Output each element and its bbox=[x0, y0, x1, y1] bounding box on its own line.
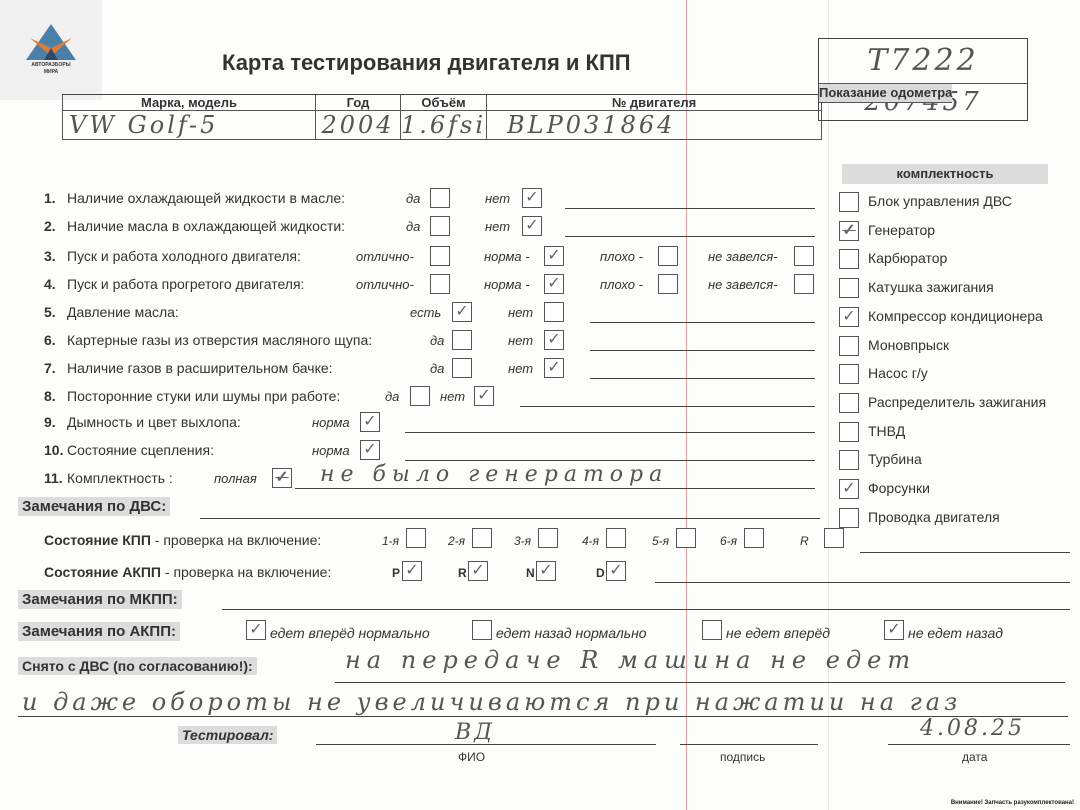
komplektnost-item-label: Карбюратор bbox=[868, 250, 947, 266]
question-note-value[interactable]: не было генератора bbox=[320, 462, 668, 487]
kpp-gear-checkbox[interactable] bbox=[824, 528, 844, 548]
removed-line1-field[interactable] bbox=[335, 682, 1065, 683]
question-text: Давление масла: bbox=[67, 304, 179, 320]
question-text: Наличие охлаждающей жидкости в масле: bbox=[67, 190, 345, 206]
col-header-volume: Объём bbox=[401, 95, 487, 111]
question-notes-field[interactable] bbox=[405, 432, 815, 433]
akpp-position-label: P bbox=[392, 566, 400, 580]
kpp-gear-checkbox[interactable] bbox=[744, 528, 764, 548]
removed-line1-value[interactable]: на передаче R машина не едет bbox=[345, 646, 916, 674]
question-notes-field[interactable] bbox=[565, 236, 815, 237]
question-option-label: норма bbox=[312, 415, 350, 430]
akpp-remark-checkbox[interactable] bbox=[702, 620, 722, 640]
kpp-gear-label: 3-я bbox=[514, 534, 531, 548]
komplektnost-item-label: Распределитель зажигания bbox=[868, 394, 1046, 410]
question-notes-field[interactable] bbox=[295, 488, 815, 489]
logo-text-line1: АВТОРАЗБОРЫ bbox=[0, 62, 102, 68]
question-option-checkbox[interactable] bbox=[658, 246, 678, 266]
logo-triangle-icon bbox=[26, 24, 76, 60]
question-option-checkbox[interactable] bbox=[794, 246, 814, 266]
col-header-engine-number: № двигателя bbox=[487, 95, 822, 111]
question-option-checkbox[interactable]: ✓ bbox=[272, 468, 292, 488]
question-option-checkbox[interactable] bbox=[544, 302, 564, 322]
remarks-dvs-label: Замечания по ДВС: bbox=[18, 497, 170, 516]
question-option-checkbox[interactable]: ✓ bbox=[522, 188, 542, 208]
question-option-checkbox[interactable] bbox=[452, 330, 472, 350]
question-notes-field[interactable] bbox=[590, 350, 815, 351]
komplektnost-checkbox[interactable]: ✓ bbox=[839, 221, 859, 241]
remarks-mkpp-field[interactable] bbox=[222, 609, 1070, 610]
question-text: Комплектность : bbox=[67, 470, 173, 486]
tested-label: Тестировал: bbox=[178, 726, 277, 744]
question-option-checkbox[interactable]: ✓ bbox=[544, 330, 564, 350]
date-field[interactable] bbox=[888, 744, 1070, 745]
kpp-label-rest: - проверка на включение: bbox=[151, 532, 321, 548]
question-option-checkbox[interactable] bbox=[430, 188, 450, 208]
kpp-label: Состояние КПП - проверка на включение: bbox=[44, 532, 321, 548]
komplektnost-checkbox[interactable] bbox=[839, 393, 859, 413]
question-option-label: да bbox=[430, 333, 444, 348]
komplektnost-checkbox[interactable] bbox=[839, 422, 859, 442]
komplektnost-checkbox[interactable] bbox=[839, 450, 859, 470]
akpp-position-checkbox[interactable]: ✓ bbox=[606, 561, 626, 581]
question-option-label: отлично- bbox=[356, 249, 414, 264]
question-number: 8. bbox=[44, 388, 56, 404]
question-option-label: нет bbox=[508, 305, 533, 320]
question-option-checkbox[interactable] bbox=[430, 274, 450, 294]
question-option-label: отлично- bbox=[356, 277, 414, 292]
komplektnost-checkbox[interactable] bbox=[839, 192, 859, 212]
akpp-position-checkbox[interactable]: ✓ bbox=[536, 561, 556, 581]
removed-line2-value[interactable]: и даже обороты не увеличиваются при нажа… bbox=[22, 688, 961, 716]
page-title: Карта тестирования двигателя и КПП bbox=[222, 50, 631, 76]
question-notes-field[interactable] bbox=[405, 460, 815, 461]
akpp-label-rest: - проверка на включение: bbox=[161, 564, 331, 580]
question-notes-field[interactable] bbox=[590, 322, 815, 323]
kpp-gear-label: R bbox=[800, 534, 809, 548]
kpp-notes-field[interactable] bbox=[860, 552, 1070, 553]
question-text: Посторонние стуки или шумы при работе: bbox=[67, 388, 340, 404]
question-text: Пуск и работа холодного двигателя: bbox=[67, 248, 301, 264]
question-option-checkbox[interactable] bbox=[658, 274, 678, 294]
akpp-position-label: R bbox=[458, 566, 467, 580]
remarks-akpp-label: Замечания по АКПП: bbox=[18, 622, 180, 641]
logo-text-line2: МИРА bbox=[0, 69, 102, 75]
logo: АВТОРАЗБОРЫ МИРА bbox=[0, 0, 102, 100]
komplektnost-checkbox[interactable] bbox=[839, 336, 859, 356]
question-number: 7. bbox=[44, 360, 56, 376]
question-option-label: нет bbox=[508, 333, 533, 348]
question-option-label: норма - bbox=[484, 249, 530, 264]
vehicle-info-table: Марка, модель Год Объём № двигателя VW G… bbox=[62, 94, 822, 140]
komplektnost-checkbox[interactable]: ✓ bbox=[839, 307, 859, 327]
question-number: 5. bbox=[44, 304, 56, 320]
date-caption: дата bbox=[962, 750, 987, 764]
question-option-label: полная bbox=[214, 471, 257, 486]
question-option-label: норма bbox=[312, 443, 350, 458]
make-model-value[interactable]: VW Golf-5 bbox=[63, 111, 316, 140]
kpp-gear-checkbox[interactable] bbox=[472, 528, 492, 548]
komplektnost-item-label: Турбина bbox=[868, 451, 922, 467]
akpp-position-checkbox[interactable]: ✓ bbox=[402, 561, 422, 581]
komplektnost-checkbox[interactable]: ✓ bbox=[839, 479, 859, 499]
question-text: Наличие масла в охлаждающей жидкости: bbox=[67, 218, 345, 234]
question-option-checkbox[interactable] bbox=[410, 386, 430, 406]
question-text: Наличие газов в расширительном бачке: bbox=[67, 360, 333, 376]
komplektnost-item-label: ТНВД bbox=[868, 423, 905, 439]
kpp-label-bold: Состояние КПП bbox=[44, 532, 151, 548]
remarks-mkpp-label: Замечания по МКПП: bbox=[18, 590, 182, 609]
col-header-year: Год bbox=[316, 95, 401, 111]
question-option-label: не завелся- bbox=[708, 277, 778, 292]
komplektnost-checkbox[interactable] bbox=[839, 364, 859, 384]
question-text: Пуск и работа прогретого двигателя: bbox=[67, 276, 304, 292]
question-number: 4. bbox=[44, 276, 56, 292]
komplektnost-item-label: Катушка зажигания bbox=[868, 279, 994, 295]
auto-number-value[interactable]: T7222 bbox=[819, 39, 1027, 84]
komplektnost-checkbox[interactable] bbox=[839, 249, 859, 269]
komplektnost-header: комплектность bbox=[842, 164, 1048, 184]
question-number: 10. bbox=[44, 442, 63, 458]
kpp-gear-label: 4-я bbox=[582, 534, 599, 548]
komplektnost-item-label: Компрессор кондиционера bbox=[868, 308, 1043, 324]
volume-value[interactable]: 1.6fsi bbox=[401, 111, 487, 140]
fio-caption: ФИО bbox=[458, 750, 485, 764]
komplektnost-item-label: Моновпрыск bbox=[868, 337, 949, 353]
question-notes-field[interactable] bbox=[590, 378, 815, 379]
removed-label: Снято с ДВС (по согласованию!): bbox=[18, 657, 257, 675]
tested-date-value[interactable]: 4.08.25 bbox=[920, 716, 1025, 741]
remarks-dvs-field[interactable] bbox=[200, 518, 820, 519]
akpp-remark-checkbox[interactable]: ✓ bbox=[884, 620, 904, 640]
komplektnost-checkbox[interactable] bbox=[839, 278, 859, 298]
komplektnost-item-label: Проводка двигателя bbox=[868, 509, 1000, 525]
kpp-gear-label: 5-я bbox=[652, 534, 669, 548]
signature-field[interactable] bbox=[680, 744, 818, 745]
question-option-label: плохо - bbox=[600, 249, 643, 264]
question-option-label: нет bbox=[440, 389, 465, 404]
komplektnost-item-label: Насос г/у bbox=[868, 365, 928, 381]
question-option-label: нет bbox=[508, 361, 533, 376]
question-option-label: не завелся- bbox=[708, 249, 778, 264]
kpp-gear-label: 1-я bbox=[382, 534, 399, 548]
tested-fio-value[interactable]: ВД bbox=[455, 720, 495, 745]
akpp-remark-label: едет вперёд нормально bbox=[270, 625, 430, 641]
auto-number-box: T7222 № авто Показание одометра 207457 bbox=[818, 38, 1028, 121]
question-option-checkbox[interactable]: ✓ bbox=[544, 358, 564, 378]
question-text: Дымность и цвет выхлопа: bbox=[67, 414, 241, 430]
removed-line2-field[interactable] bbox=[18, 716, 1068, 717]
question-notes-field[interactable] bbox=[520, 406, 815, 407]
question-option-checkbox[interactable]: ✓ bbox=[360, 440, 380, 460]
question-option-label: нет bbox=[485, 191, 510, 206]
akpp-remark-checkbox[interactable] bbox=[472, 620, 492, 640]
kpp-gear-label: 2-я bbox=[448, 534, 465, 548]
akpp-position-label: N bbox=[526, 566, 535, 580]
question-number: 1. bbox=[44, 190, 56, 206]
col-header-make-model: Марка, модель bbox=[63, 95, 316, 111]
question-option-label: да bbox=[430, 361, 444, 376]
question-option-checkbox[interactable]: ✓ bbox=[544, 274, 564, 294]
question-option-checkbox[interactable]: ✓ bbox=[474, 386, 494, 406]
kpp-gear-label: 6-я bbox=[720, 534, 737, 548]
akpp-remark-label: не едет вперёд bbox=[726, 625, 830, 641]
question-option-checkbox[interactable] bbox=[452, 358, 472, 378]
akpp-position-checkbox[interactable]: ✓ bbox=[468, 561, 488, 581]
kpp-gear-checkbox[interactable] bbox=[606, 528, 626, 548]
question-number: 11. bbox=[44, 470, 63, 486]
question-option-label: есть bbox=[410, 305, 441, 320]
fio-field[interactable] bbox=[316, 744, 656, 745]
question-option-checkbox[interactable]: ✓ bbox=[452, 302, 472, 322]
question-option-checkbox[interactable] bbox=[430, 246, 450, 266]
komplektnost-item-label: Блок управления ДВС bbox=[868, 193, 1012, 209]
akpp-label: Состояние АКПП - проверка на включение: bbox=[44, 564, 331, 580]
question-number: 9. bbox=[44, 414, 56, 430]
question-number: 2. bbox=[44, 218, 56, 234]
akpp-position-label: D bbox=[596, 566, 605, 580]
akpp-remark-label: не едет назад bbox=[908, 625, 1003, 641]
question-option-label: нет bbox=[485, 219, 510, 234]
komplektnost-item-label: Генератор bbox=[868, 222, 935, 238]
question-text: Картерные газы из отверстия масляного щу… bbox=[67, 332, 372, 348]
question-option-label: плохо - bbox=[600, 277, 643, 292]
question-option-label: да bbox=[406, 219, 420, 234]
question-option-checkbox[interactable]: ✓ bbox=[360, 412, 380, 432]
question-number: 3. bbox=[44, 248, 56, 264]
odometer-label: Показание одометра bbox=[819, 84, 952, 103]
question-text: Состояние сцепления: bbox=[67, 442, 214, 458]
komplektnost-checkbox[interactable] bbox=[839, 508, 859, 528]
question-option-label: да bbox=[406, 191, 420, 206]
kpp-gear-checkbox[interactable] bbox=[538, 528, 558, 548]
akpp-remark-label: едет назад нормально bbox=[496, 625, 647, 641]
question-number: 6. bbox=[44, 332, 56, 348]
question-notes-field[interactable] bbox=[565, 208, 815, 209]
kpp-gear-checkbox[interactable] bbox=[406, 528, 426, 548]
akpp-notes-field[interactable] bbox=[655, 582, 1070, 583]
question-option-checkbox[interactable] bbox=[430, 216, 450, 236]
question-option-label: да bbox=[385, 389, 399, 404]
question-option-checkbox[interactable] bbox=[794, 274, 814, 294]
akpp-label-bold: Состояние АКПП bbox=[44, 564, 161, 580]
komplektnost-item-label: Форсунки bbox=[868, 480, 930, 496]
kpp-gear-checkbox[interactable] bbox=[676, 528, 696, 548]
question-option-checkbox[interactable]: ✓ bbox=[544, 246, 564, 266]
akpp-remark-checkbox[interactable]: ✓ bbox=[246, 620, 266, 640]
engine-number-value[interactable]: BLP031864 bbox=[487, 111, 822, 140]
question-option-checkbox[interactable]: ✓ bbox=[522, 216, 542, 236]
question-option-label: норма - bbox=[484, 277, 530, 292]
warning-text: Внимание! Запчасть разукомплектована! bbox=[951, 800, 1074, 806]
year-value[interactable]: 2004 bbox=[316, 111, 401, 140]
signature-caption: подпись bbox=[720, 750, 765, 764]
